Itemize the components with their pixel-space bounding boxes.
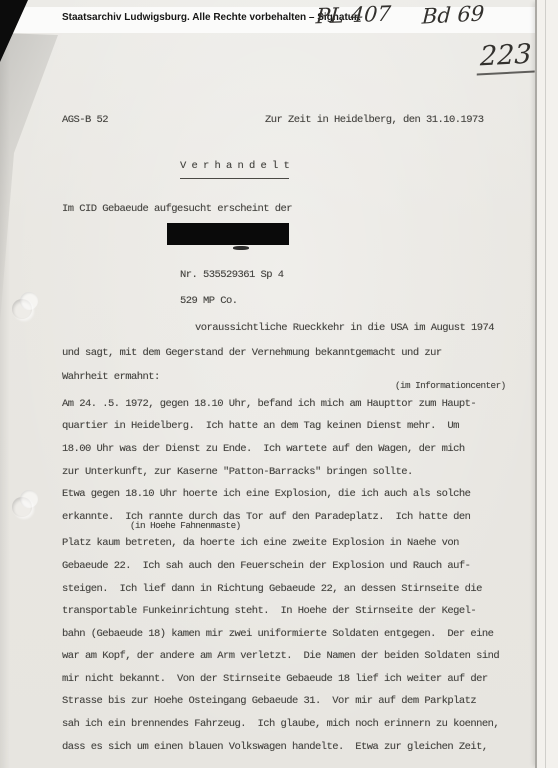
oath-line-1: und sagt, mit dem Gegerstand der Vernehm…	[62, 342, 534, 365]
document-line: quartier in Heidelberg. Ich hatte an dem…	[62, 415, 534, 438]
person-return-note: voraussichtliche Rueckkehr in die USA im…	[195, 317, 534, 340]
document-line: dass es sich um einen blauen Volkswagen …	[62, 736, 534, 759]
document-line: 18.00 Uhr was der Dienst zu Ende. Ich wa…	[62, 438, 534, 461]
document-line: sah ich ein brennendes Fahrzeug. Ich gla…	[62, 713, 534, 736]
document-line: Platz kaum betreten, da hoerte ich eine …	[62, 532, 534, 555]
document-line: Etwa gegen 18.10 Uhr hoerte ich eine Exp…	[62, 483, 534, 506]
redaction-bar	[167, 223, 289, 245]
redaction-area	[62, 223, 534, 245]
redaction-descender-mark	[233, 246, 249, 250]
document-line: bahn (Gebaeude 18) kamen mir zwei unifor…	[62, 623, 534, 646]
document-heading-wrap: V e r h a n d e l t	[180, 155, 534, 178]
document-line: Gebaeude 22. Ich sah auch den Feuerschei…	[62, 555, 534, 578]
document-intro-line: Im CID Gebaeude aufgesucht erscheint der	[62, 198, 534, 221]
document-line: Strasse bis zur Hoehe Osteingang Gebaeud…	[62, 690, 534, 713]
document-line: transportable Funkeinrichtung steht. In …	[62, 600, 534, 623]
inserted-annotation-informationcenter: (im Informationcenter)	[395, 380, 534, 392]
document-line: zur Unterkunft, zur Kaserne "Patton-Barr…	[62, 461, 534, 484]
document-line: Am 24. .5. 1972, gegen 18.10 Uhr, befand…	[62, 393, 534, 416]
person-unit: 529 MP Co.	[180, 290, 534, 313]
statement-paragraph: Am 24. .5. 1972, gegen 18.10 Uhr, befand…	[62, 393, 534, 759]
handwritten-signature: PL 407	[315, 2, 391, 29]
document-line: war am Kopf, der andere am Arm verletzt.…	[62, 645, 534, 668]
document-dateline: Zur Zeit in Heidelberg, den 31.10.1973	[265, 109, 484, 132]
typewritten-body: AGS-B 52 Zur Zeit in Heidelberg, den 31.…	[62, 109, 534, 758]
document-line: mir nicht bekannt. Von der Stirnseite Ge…	[62, 668, 534, 691]
punch-hole-bottom	[12, 497, 32, 517]
handwritten-page-number: 223	[477, 38, 535, 75]
document-page: Staatsarchiv Ludwigsburg. Alle Rechte vo…	[0, 0, 558, 768]
handwritten-volume: Bd 69	[421, 1, 484, 28]
document-head-row: AGS-B 52 Zur Zeit in Heidelberg, den 31.…	[62, 109, 534, 132]
document-reference: AGS-B 52	[62, 109, 265, 132]
person-service-number: Nr. 535529361 Sp 4	[180, 264, 534, 287]
punch-hole-top	[12, 299, 32, 319]
document-heading: V e r h a n d e l t	[180, 155, 289, 180]
document-line: steigen. Ich lief dann in Richtung Gebae…	[62, 578, 534, 601]
page-right-edge	[535, 0, 558, 768]
